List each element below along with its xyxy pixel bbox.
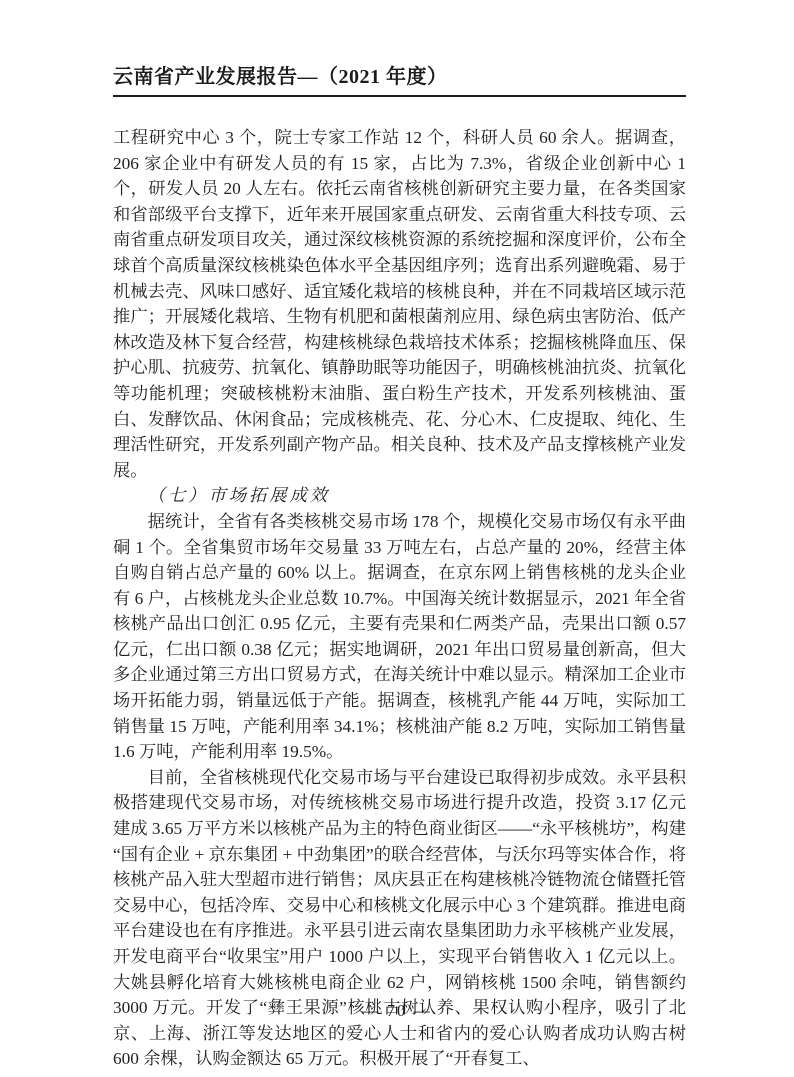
- header-rule: [113, 95, 686, 97]
- page-footer: — 70 —: [0, 1001, 794, 1021]
- page-number: — 70 —: [0, 1001, 794, 1021]
- paragraph-market-platform-construction: 目前，全省核桃现代化交易市场与平台建设已取得初步成效。永平县积极搭建现代交易市场…: [113, 765, 686, 1072]
- document-page: 云南省产业发展报告—（2021 年度） 工程研究中心 3 个，院士专家工作站 1…: [0, 0, 794, 1077]
- paragraph-innovation-continuation: 工程研究中心 3 个，院士专家工作站 12 个，科研人员 60 余人。据调查，2…: [113, 125, 686, 483]
- page-body: 工程研究中心 3 个，院士专家工作站 12 个，科研人员 60 余人。据调查，2…: [113, 125, 686, 1072]
- section-heading-market-expansion: （七）市场拓展成效: [113, 483, 686, 509]
- report-title: 云南省产业发展报告—（2021 年度）: [113, 64, 686, 90]
- paragraph-market-statistics: 据统计，全省有各类核桃交易市场 178 个，规模化交易市场仅有永平曲硐 1 个。…: [113, 509, 686, 765]
- page-header: 云南省产业发展报告—（2021 年度）: [113, 64, 686, 97]
